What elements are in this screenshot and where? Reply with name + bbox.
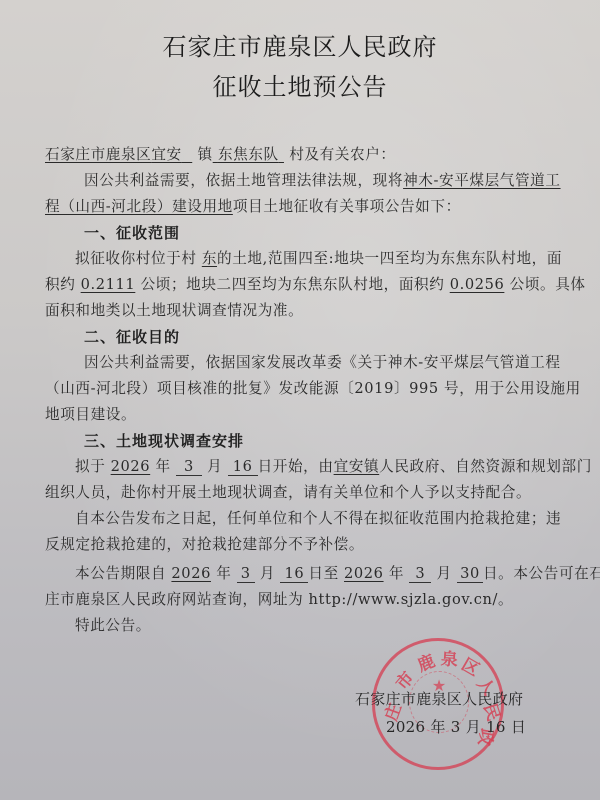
section-heading-scope: 一、征收范围 <box>84 223 180 243</box>
issue-date: 2026 年 3 月 16 日 <box>386 716 526 737</box>
survey-day: 16 <box>228 458 258 476</box>
addressee-line: 石家庄市鹿泉区宜安 镇 东焦东队 村及有关农户： <box>45 145 575 165</box>
closing-line: 特此公告。 <box>75 616 575 636</box>
prohibition-line-2: 反规定抢栽抢建的，对抢栽抢建部分不予补偿。 <box>45 535 575 555</box>
scope-line-2: 积约 0.2111 公顷；地块二四至均为东焦东队村地，面积约 0.0256 公顷… <box>45 275 575 295</box>
survey-line-1: 拟于 2026 年 3 月 16日开始，由宜安镇人民政府、自然资源和规划部门 <box>75 457 575 477</box>
section-heading-survey: 三、土地现状调查安排 <box>84 431 244 451</box>
land-direction: 东 <box>202 250 217 267</box>
survey-town-gov: 宜安镇 <box>334 458 380 475</box>
parcel2-area: 0.0256 <box>450 276 505 293</box>
period-end-month: 3 <box>409 565 431 583</box>
scope-line-3: 面积和地类以土地现状调查情况为准。 <box>45 301 575 321</box>
issuer-signature: 石家庄市鹿泉区人民政府 <box>355 688 523 709</box>
period-line-1: 本公告期限自 2026 年 3 月 16日至 2026 年 3 月 30日。本公… <box>75 564 575 584</box>
issuer-title: 石家庄市鹿泉区人民政府 <box>0 27 600 62</box>
project-name-cont: 程（山西-河北段）建设用地 <box>45 198 233 215</box>
purpose-line-2: （山西-河北段）项目核准的批复》发改能源〔2019〕995 号，用于公用设施用 <box>45 379 575 399</box>
intro-line-1: 因公共利益需要，依据土地管理法律法规，现将神木-安平煤层气管道工 <box>84 171 584 191</box>
town-suffix: 镇 <box>197 146 212 163</box>
addressee-village: 东焦东队 <box>218 146 279 163</box>
addressee-town: 宜安 <box>151 146 181 163</box>
project-name: 神木-安平煤层气管道工 <box>403 172 560 189</box>
period-line-2: 庄市鹿泉区人民政府网站查询，网址为 http://www.sjzla.gov.c… <box>45 590 575 610</box>
period-end-day: 30 <box>457 565 483 583</box>
prohibition-line-1: 自本公告发布之日起，任何单位和个人不得在拟征收范围内抢栽抢建；违 <box>75 509 575 529</box>
notice-page: 石家庄市鹿泉区人民政府 征收土地预公告 石家庄市鹿泉区宜安 镇 东焦东队 村及有… <box>0 0 600 800</box>
addressee-district: 石家庄市鹿泉区 <box>45 146 151 163</box>
section-heading-purpose: 二、征收目的 <box>84 327 180 347</box>
notice-title: 征收土地预公告 <box>0 67 600 102</box>
purpose-line-3: 地项目建设。 <box>45 405 575 425</box>
period-start-day: 16 <box>280 565 308 583</box>
survey-line-2: 组织人员，赴你村开展土地现状调查，请有关单位和个人予以支持配合。 <box>45 483 575 503</box>
period-start-month: 3 <box>237 565 255 583</box>
parcel1-area: 0.2111 <box>81 276 136 293</box>
survey-year: 2026 <box>111 458 151 475</box>
purpose-line-1: 因公共利益需要，依据国家发展改革委《关于神木-安平煤层气管道工程 <box>84 353 584 373</box>
period-start-year: 2026 <box>171 565 211 582</box>
scope-line-1: 拟征收你村位于村 东的土地,范围四至:地块一四至均为东焦东队村地，面 <box>75 249 575 269</box>
intro-line-2: 程（山西-河北段）建设用地项目土地征收有关事项公告如下： <box>45 197 575 217</box>
survey-month: 3 <box>176 458 202 476</box>
addressee-suffix: 村及有关农户： <box>289 146 395 163</box>
period-end-year: 2026 <box>344 565 384 582</box>
